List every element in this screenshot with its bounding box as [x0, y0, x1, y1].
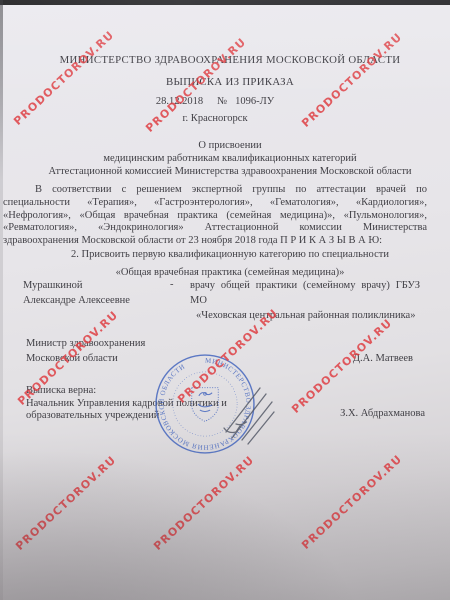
- order-item-line: 2. Присвоить первую квалификационную кат…: [15, 249, 445, 262]
- subject-line-1: О присвоении: [15, 140, 445, 153]
- signature-scribble-icon: [216, 380, 288, 452]
- subject-line-2: медицинским работникам квалификационных …: [15, 153, 445, 166]
- minister-title-line-2: Московской области: [26, 352, 145, 367]
- recipient-name-line-2: Александре Алексеевне: [23, 294, 130, 309]
- recipient-name-line-1: Мурашкиной: [23, 279, 130, 294]
- subject-line-3: Аттестационной комиссией Министерства зд…: [15, 166, 445, 179]
- watermark-prodoctorov: PRODOCTOROV.RU: [151, 453, 257, 553]
- specialty-line: «Общая врачебная практика (семейная меди…: [15, 267, 445, 280]
- body-paragraph: В соответствии с решением экспертной гру…: [3, 184, 427, 248]
- watermark-prodoctorov: PRODOCTOROV.RU: [289, 316, 395, 416]
- watermark-prodoctorov: PRODOCTOROV.RU: [299, 452, 405, 552]
- document-type-title: ВЫПИСКА ИЗ ПРИКАЗА: [15, 76, 445, 89]
- recipient-name: Мурашкиной Александре Алексеевне: [23, 279, 130, 309]
- photo-top-edge: [0, 0, 450, 5]
- watermark-prodoctorov: PRODOCTOROV.RU: [13, 453, 119, 553]
- recipient-position-line-1: врачу общей практики (семейному врачу) Г…: [190, 279, 420, 309]
- number-sign: №: [217, 96, 227, 109]
- verifier-name: З.Х. Абдрахманова: [340, 408, 425, 421]
- date-number-line: 28.12.2018 № 1096-ЛУ: [15, 96, 415, 109]
- city-line: г. Красногорск: [15, 113, 415, 126]
- recipient-dash: -: [170, 279, 174, 292]
- paper-left-edge: [0, 0, 3, 600]
- order-number: 1096-ЛУ: [235, 96, 274, 109]
- subject-block: О присвоении медицинским работникам квал…: [15, 140, 445, 178]
- document-photo: МИНИСТЕРСТВО ЗДРАВООХРАНЕНИЯ МОСКОВСКОЙ …: [0, 0, 450, 600]
